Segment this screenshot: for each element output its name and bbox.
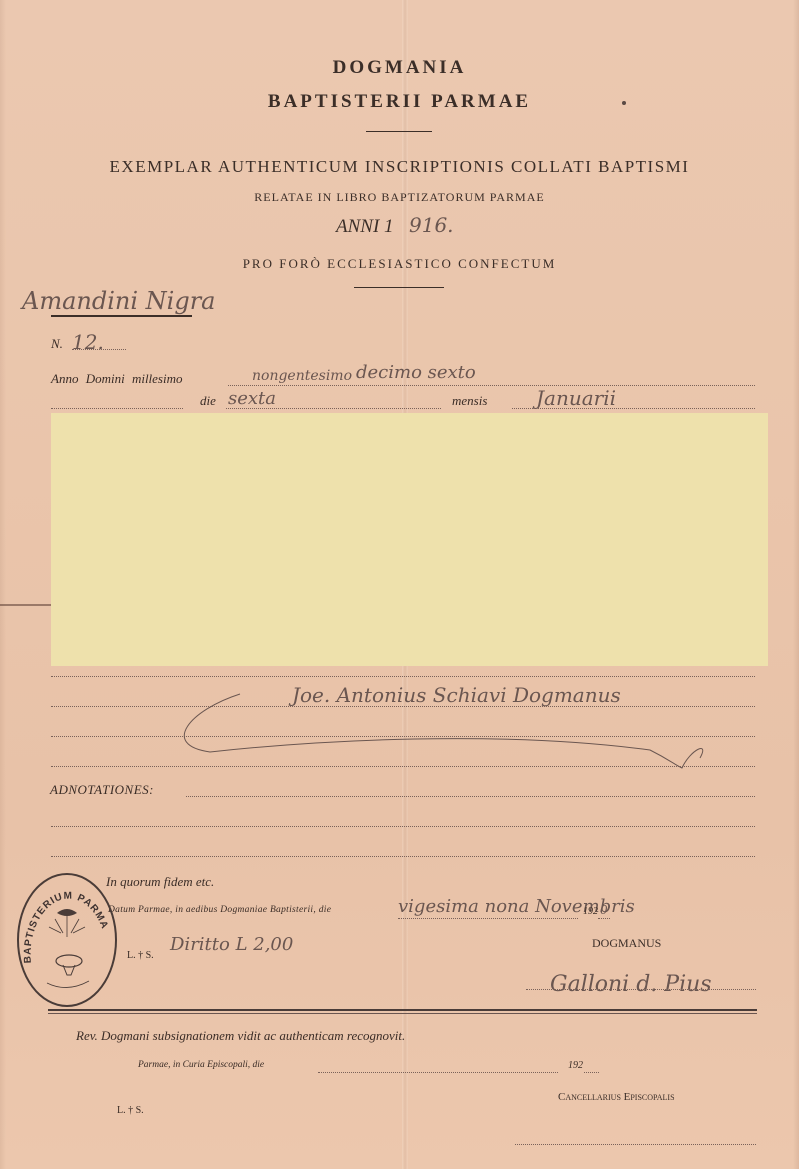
surname-underline bbox=[51, 315, 192, 317]
anno-value-printed: nongentesimo bbox=[252, 368, 352, 384]
section-divider bbox=[48, 1009, 757, 1011]
number-value: 12. bbox=[72, 330, 104, 354]
datum-year-printed: 192 bbox=[583, 906, 598, 917]
anni-year-handwritten: 916. bbox=[409, 213, 454, 237]
cancellarius-signature-line bbox=[515, 1144, 756, 1145]
header-divider-2 bbox=[354, 287, 444, 288]
ink-dot bbox=[622, 101, 626, 105]
rev-dogmani-line: Rev. Dogmani subsignationem vidit ac aut… bbox=[76, 1028, 405, 1044]
dogmanus-signature: Galloni d. Pius bbox=[550, 972, 712, 997]
die-leading-dotted-line bbox=[51, 408, 183, 409]
header-title-dogmania: DOGMANIA bbox=[0, 57, 799, 79]
dogmanus-label: DOGMANUS bbox=[592, 936, 661, 951]
mensis-value: Januarii bbox=[536, 386, 616, 410]
adnotationes-line bbox=[186, 796, 755, 797]
die-label: die bbox=[200, 393, 216, 409]
redaction-box bbox=[51, 413, 768, 666]
year-dotted-line bbox=[598, 918, 610, 919]
datum-dotted-line bbox=[398, 918, 578, 919]
adnotationes-label: ADNOTATIONES: bbox=[50, 782, 154, 798]
section-divider-thin bbox=[48, 1013, 757, 1014]
header-title-baptisterii: BAPTISTERII PARMAE bbox=[0, 91, 799, 113]
die-value: sexta bbox=[228, 388, 276, 409]
header-divider bbox=[366, 131, 432, 132]
baptisterium-stamp: BAPTISTERIUM PARMAE bbox=[17, 873, 117, 1007]
surname-handwritten: Amandini Nigra bbox=[22, 287, 215, 315]
anni-label: ANNI 1 bbox=[336, 216, 394, 238]
lts-seal-mark: L. † S. bbox=[127, 950, 154, 961]
ruled-line bbox=[51, 676, 755, 677]
svg-text:BAPTISTERIUM PARMAE: BAPTISTERIUM PARMAE bbox=[19, 875, 110, 963]
fee-handwritten: Diritto L 2,00 bbox=[170, 934, 293, 955]
number-label: N. bbox=[51, 336, 63, 352]
datum-year-handwritten: 0 bbox=[600, 903, 608, 917]
anno-label: Anno Domini millesimo bbox=[51, 371, 183, 387]
cancellarius-label: Cancellarius Episcopalis bbox=[558, 1091, 675, 1103]
horizontal-fold-crease bbox=[0, 604, 52, 606]
in-quorum-text: In quorum fidem etc. bbox=[106, 874, 214, 890]
curia-year-dotted-line bbox=[584, 1072, 599, 1073]
adnotationes-line bbox=[51, 826, 755, 827]
curia-year-printed: 192 bbox=[568, 1060, 583, 1071]
mensis-label: mensis bbox=[452, 393, 487, 409]
curia-date-dotted-line bbox=[318, 1072, 558, 1073]
stamp-dove-font-icon: BAPTISTERIUM PARMAE bbox=[19, 875, 115, 1005]
anno-dotted-line bbox=[228, 385, 755, 386]
parmae-curia-label: Parmae, in Curia Episcopali, die bbox=[138, 1060, 264, 1070]
header-subtitle-relatae: RELATAE IN LIBRO BAPTIZATORUM PARMAE bbox=[0, 190, 799, 205]
dogmanus-signature-line bbox=[526, 989, 756, 990]
anno-value-handwritten: decimo sexto bbox=[356, 362, 476, 383]
die-dotted-line bbox=[226, 408, 441, 409]
curia-lts-seal-mark: L. † S. bbox=[117, 1105, 144, 1116]
mensis-dotted-line bbox=[512, 408, 755, 409]
signature-flourish-icon bbox=[170, 690, 710, 770]
header-subtitle: EXEMPLAR AUTHENTICUM INSCRIPTIONIS COLLA… bbox=[0, 157, 799, 177]
pro-foro-line: PRO FORÒ ECCLESIASTICO CONFECTUM bbox=[0, 256, 799, 272]
number-dotted-line bbox=[72, 349, 126, 350]
datum-label: Datum Parmae, in aedibus Dogmaniae Bapti… bbox=[108, 905, 331, 915]
adnotationes-line bbox=[51, 856, 755, 857]
baptism-certificate-page: DOGMANIA BAPTISTERII PARMAE EXEMPLAR AUT… bbox=[0, 0, 799, 1169]
